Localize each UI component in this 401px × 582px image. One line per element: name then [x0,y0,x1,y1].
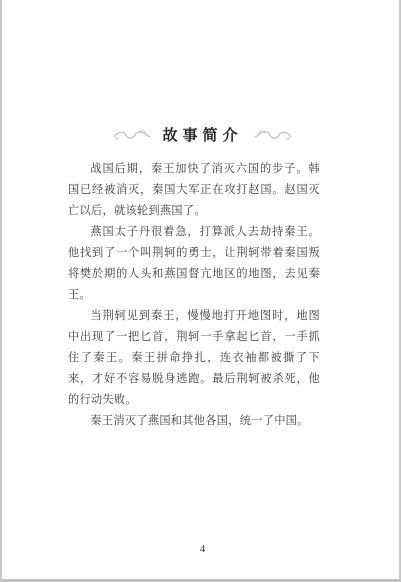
page-number: 4 [2,543,401,555]
right-flourish-icon [253,128,293,142]
paragraph: 秦王消灭了燕国和其他各国，统一了中国。 [68,410,320,431]
paragraph: 燕国太子丹很着急，打算派人去劫持秦王。他找到了一个叫荆轲的勇士，让荆轲带着秦国叛… [68,221,320,305]
heading-title: 故事简介 [162,124,242,146]
left-flourish-icon [112,128,152,142]
section-heading: 故事简介 [2,124,401,146]
paragraph: 当荆轲见到秦王，慢慢地打开地图时，地图中出现了一把匕首，荆轲一手拿起匕首，一手抓… [68,305,320,410]
document-page: 故事简介 战国后期，秦王加快了消灭六国的步子。韩国已经被消灭，秦国大军正在攻打赵… [0,0,401,582]
paragraph: 战国后期，秦王加快了消灭六国的步子。韩国已经被消灭，秦国大军正在攻打赵国。赵国灭… [68,158,320,221]
story-summary: 战国后期，秦王加快了消灭六国的步子。韩国已经被消灭，秦国大军正在攻打赵国。赵国灭… [68,158,320,431]
